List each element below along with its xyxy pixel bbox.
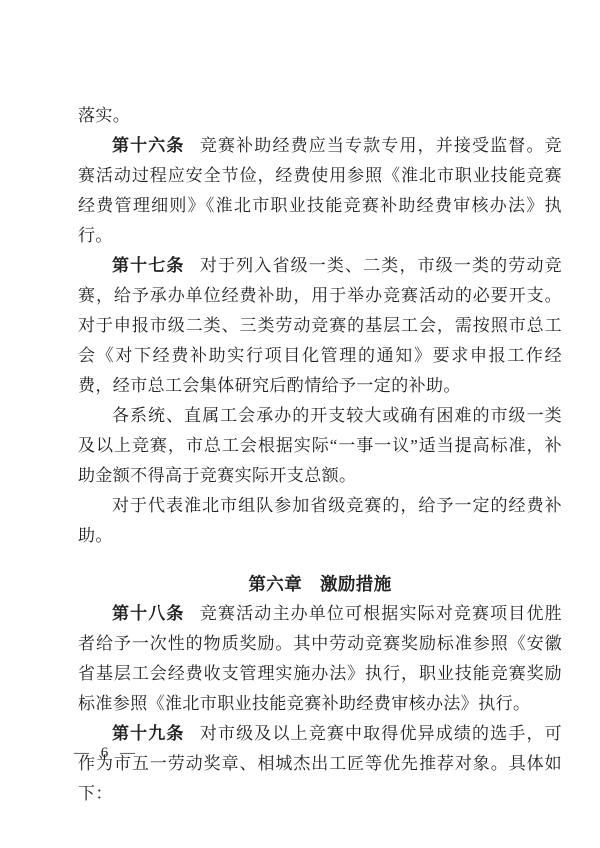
page-number: — 6 —: [74, 742, 139, 764]
paragraph-systems-subsidy-text: 各系统、直属工会承办的开支较大或确有困难的市级一类及以上竞赛，市总工会根据实际“…: [78, 406, 562, 485]
article-16-term: 第十六条: [112, 136, 200, 155]
article-18: 第十八条竞赛活动主办单位可根据实际对竞赛项目优胜者给予一次性的物质奖励。其中劳动…: [78, 599, 562, 719]
paragraph-continuation: 落实。: [78, 101, 562, 131]
article-19-term: 第十九条: [112, 724, 200, 743]
article-17: 第十七条对于列入省级一类、二类，市级一类的劳动竞赛，给予承办单位经费补助，用于举…: [78, 251, 562, 401]
article-16: 第十六条竞赛补助经费应当专款专用，并接受监督。竞赛活动过程应安全节俭，经费使用参…: [78, 131, 562, 251]
chapter-6-heading: 第六章 激励措施: [78, 569, 562, 599]
article-18-term: 第十八条: [112, 604, 200, 623]
document-page: 落实。 第十六条竞赛补助经费应当专款专用，并接受监督。竞赛活动过程应安全节俭，经…: [0, 0, 600, 848]
article-19: 第十九条对市级及以上竞赛中取得优异成绩的选手，可作为市五一劳动奖章、相城杰出工匠…: [78, 719, 562, 809]
paragraph-provincial-delegation: 对于代表淮北市组队参加省级竞赛的，给予一定的经费补助。: [78, 491, 562, 551]
paragraph-provincial-delegation-text: 对于代表淮北市组队参加省级竞赛的，给予一定的经费补助。: [78, 496, 562, 545]
article-17-term: 第十七条: [112, 256, 200, 275]
paragraph-continuation-text: 落实。: [78, 106, 130, 125]
article-17-text: 对于列入省级一类、二类，市级一类的劳动竞赛，给予承办单位经费补助，用于举办竞赛活…: [78, 256, 562, 395]
paragraph-systems-subsidy: 各系统、直属工会承办的开支较大或确有困难的市级一类及以上竞赛，市总工会根据实际“…: [78, 401, 562, 491]
document-body: 落实。 第十六条竞赛补助经费应当专款专用，并接受监督。竞赛活动过程应安全节俭，经…: [78, 101, 562, 809]
